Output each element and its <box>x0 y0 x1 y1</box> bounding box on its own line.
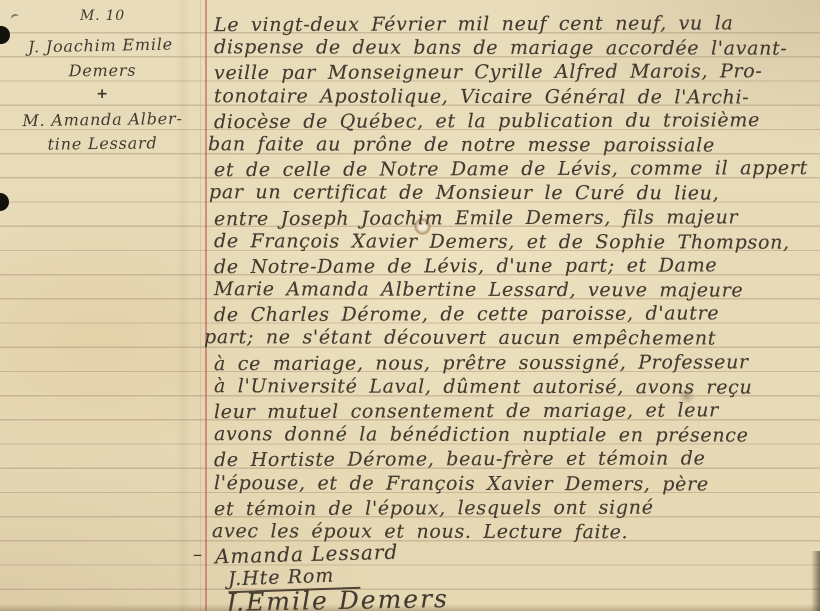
record-body: Le vingt-deux Février mil neuf cent neuf… <box>214 12 820 544</box>
record-text-line: diocèse de Québec, et la publication du … <box>214 108 820 134</box>
record-text-line: entre Joseph Joachim Emile Demers, fils … <box>214 204 820 230</box>
record-text-line: part; ne s'étant découvert aucun empêche… <box>204 326 820 352</box>
record-text-line: leur mutuel consentement de mariage, et … <box>214 398 820 424</box>
entry-number: M. 10 <box>0 8 205 24</box>
cross-mark: + <box>0 86 205 102</box>
signature-bride: Amanda Lessard <box>215 540 399 569</box>
record-text-line: veille par Monseigneur Cyrille Alfred Ma… <box>214 59 820 85</box>
binding-hole <box>0 193 9 211</box>
page-corner-edge <box>811 551 820 611</box>
record-text-line: de Charles Dérome, de cette paroisse, d'… <box>214 301 820 327</box>
record-text-line: à ce mariage, nous, prêtre soussigné, Pr… <box>214 350 820 376</box>
record-text-line: Marie Amanda Albertine Lessard, veuve ma… <box>214 277 820 303</box>
record-text-line: Le vingt-deux Février mil neuf cent neuf… <box>214 11 820 37</box>
record-text-line: ban faite au prône de notre messe parois… <box>208 132 820 158</box>
record-text-line: tonotaire Apostolique, Vicaire Général d… <box>214 84 820 110</box>
register-page: M. 10 J. Joachim Emile Demers + M. Amand… <box>0 0 820 611</box>
record-text-line: à l'Université Laval, dûment autorisé, a… <box>214 374 820 400</box>
record-text-line: par un certificat de Monsieur le Curé du… <box>209 180 820 206</box>
record-text-line: de François Xavier Demers, et de Sophie … <box>214 229 820 255</box>
record-text-line: avons donné la bénédiction nuptiale en p… <box>214 422 820 448</box>
bride-name-line-2: tine Lessard <box>0 133 205 154</box>
signature-dash: – <box>193 544 202 565</box>
record-text-line: dispense de deux bans de mariage accordé… <box>214 35 820 61</box>
page-bottom-edge <box>0 604 820 611</box>
record-text-line: et de celle de Notre Dame de Lévis, comm… <box>214 156 820 182</box>
groom-name-line-2: Demers <box>0 60 205 81</box>
record-text-line: l'épouse, et de François Xavier Demers, … <box>214 471 820 497</box>
margin-rule-red <box>205 0 207 611</box>
bride-name-line-1: M. Amanda Alber- <box>0 109 205 131</box>
groom-name-line-1: J. Joachim Emile <box>0 34 203 57</box>
record-text-line: de Notre-Dame de Lévis, d'une part; et D… <box>214 253 820 279</box>
record-text-line: de Hortiste Dérome, beau-frère et témoin… <box>214 446 820 472</box>
record-text-line: et témoin de l'époux, lesquels ont signé <box>214 495 820 521</box>
